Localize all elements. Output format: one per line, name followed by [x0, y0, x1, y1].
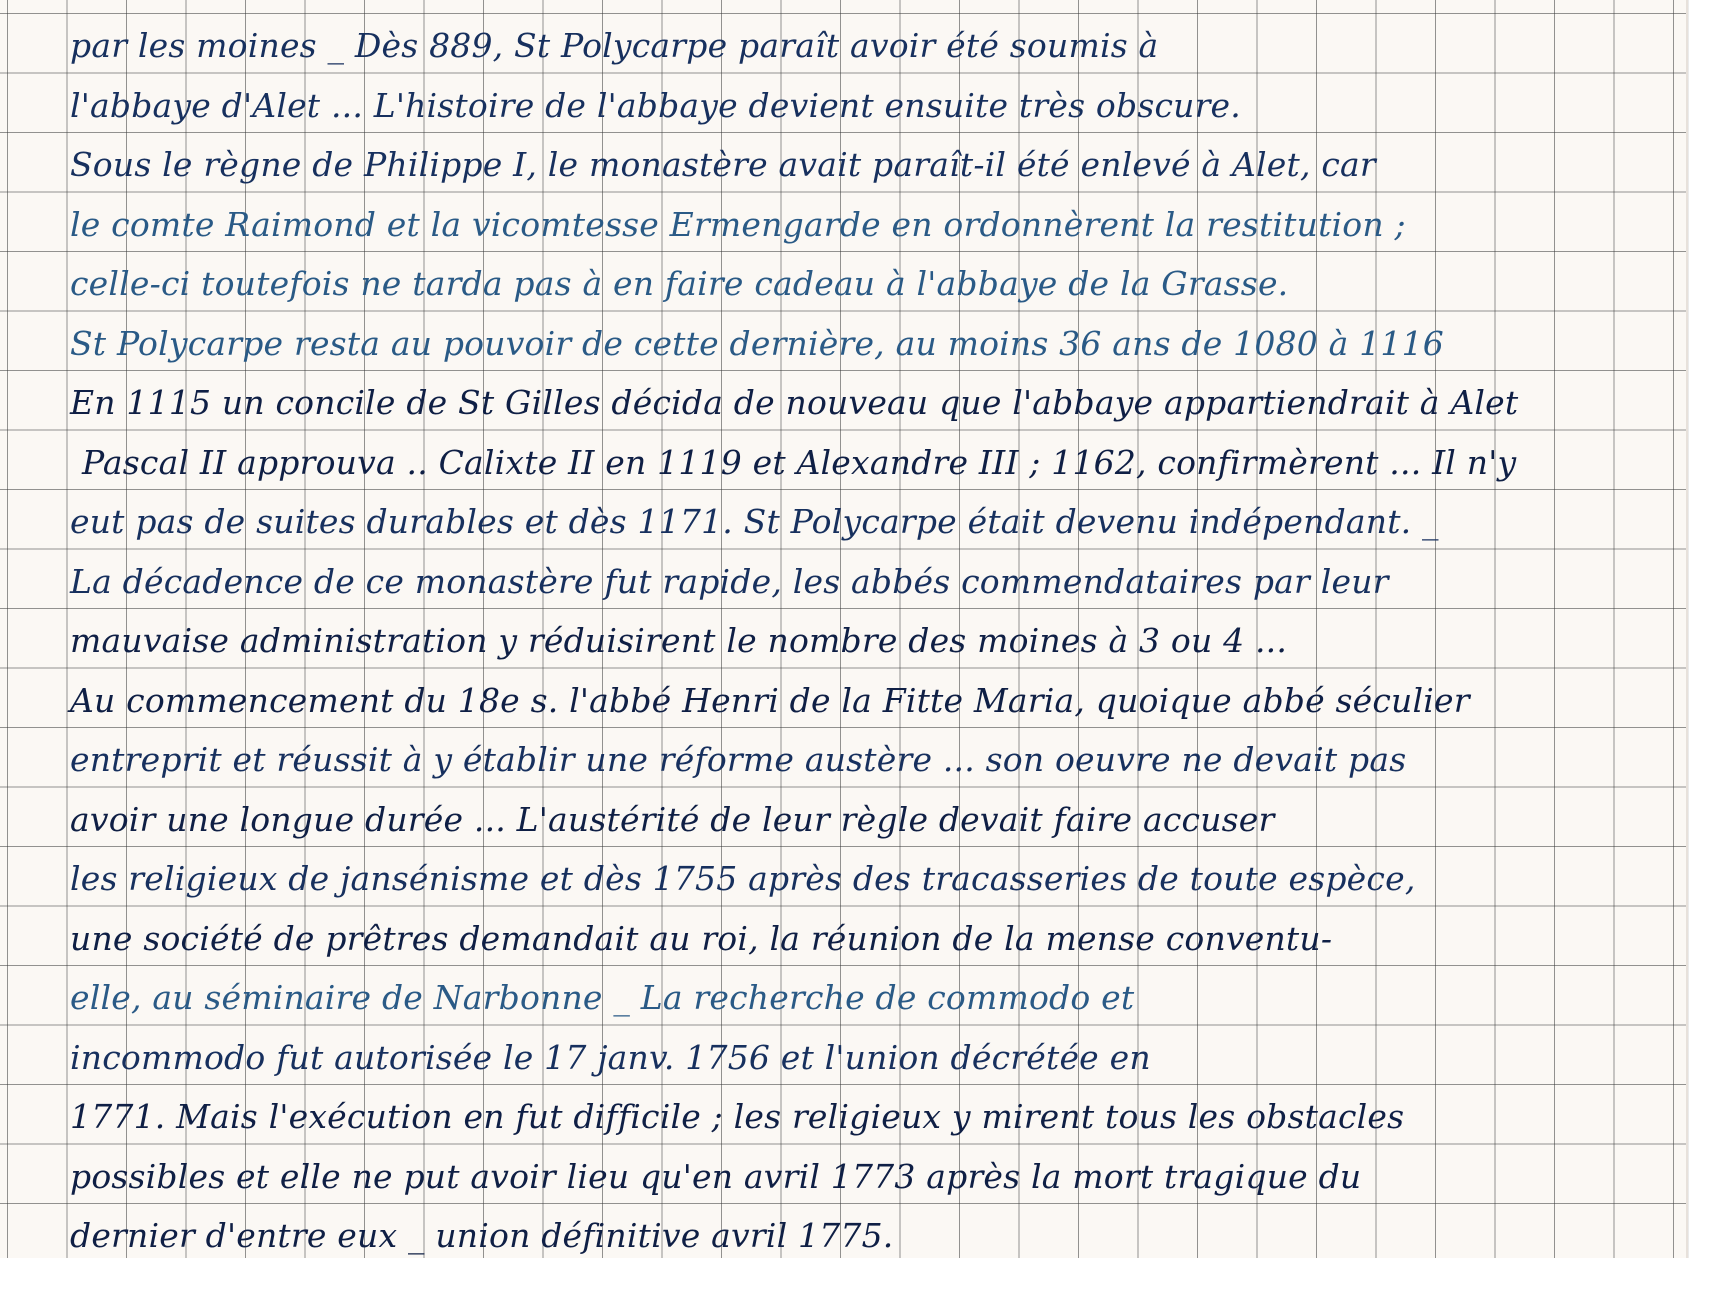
text-line: St Polycarpe resta au pouvoir de cette d…: [70, 316, 1670, 376]
text-line: La décadence de ce monastère fut rapide,…: [70, 554, 1670, 614]
text-line: incommodo fut autorisée le 17 janv. 1756…: [70, 1030, 1670, 1090]
text-line: elle, au séminaire de Narbonne _ La rech…: [70, 970, 1670, 1030]
text-line: En 1115 un concile de St Gilles décida d…: [70, 375, 1670, 435]
text-line: eut pas de suites durables et dès 1171. …: [70, 494, 1670, 554]
text-line: dernier d'entre eux _ union définitive a…: [70, 1208, 1670, 1268]
text-line: par les moines _ Dès 889, St Polycarpe p…: [70, 18, 1670, 78]
text-line: avoir une longue durée ... L'austérité d…: [70, 792, 1670, 852]
grid-paper-sheet: par les moines _ Dès 889, St Polycarpe p…: [0, 0, 1688, 1258]
text-line: mauvaise administration y réduisirent le…: [70, 613, 1670, 673]
text-line: les religieux de jansénisme et dès 1755 …: [70, 851, 1670, 911]
text-line: possibles et elle ne put avoir lieu qu'e…: [70, 1149, 1670, 1209]
text-line: 1771. Mais l'exécution en fut difficile …: [70, 1089, 1670, 1149]
text-line: une société de prêtres demandait au roi,…: [70, 911, 1670, 971]
text-line: entreprit et réussit à y établir une réf…: [70, 732, 1670, 792]
handwritten-text-block: par les moines _ Dès 889, St Polycarpe p…: [70, 18, 1670, 1268]
text-line: Pascal II approuva .. Calixte II en 1119…: [70, 435, 1670, 495]
text-line: Au commencement du 18e s. l'abbé Henri d…: [70, 673, 1670, 733]
text-line: le comte Raimond et la vicomtesse Ermeng…: [70, 197, 1670, 257]
text-line: l'abbaye d'Alet ... L'histoire de l'abba…: [70, 78, 1670, 138]
text-line: celle-ci toutefois ne tarda pas à en fai…: [70, 256, 1670, 316]
text-line: Sous le règne de Philippe I, le monastèr…: [70, 137, 1670, 197]
